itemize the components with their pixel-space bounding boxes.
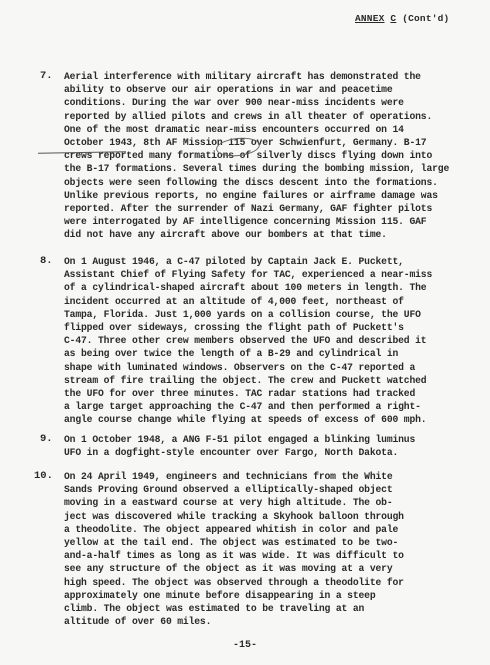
text-line: On 1 October 1948, a ANG F-51 pilot enga… bbox=[64, 433, 484, 446]
page-number: -15- bbox=[0, 640, 490, 651]
text-line: C-47. Three other crew members observed … bbox=[64, 334, 484, 347]
text-line: objects were seen following the discs de… bbox=[64, 176, 484, 189]
text-line: On 24 April 1949, engineers and technici… bbox=[64, 470, 484, 483]
annex-label: ANNEX bbox=[355, 13, 385, 24]
paragraph-number: 10. bbox=[34, 470, 60, 482]
text-line: reported. After the surrender of Nazi Ge… bbox=[64, 202, 484, 215]
text-line: a large target approaching the C-47 and … bbox=[64, 400, 484, 413]
paragraph-body: On 1 August 1946, a C-47 piloted by Capt… bbox=[64, 255, 484, 427]
annex-header: ANNEX C (Cont'd) bbox=[355, 13, 449, 24]
text-line: see any structure of the object as it wa… bbox=[64, 562, 484, 575]
text-line: flipped over sideways, crossing the flig… bbox=[64, 321, 484, 334]
text-line: yellow at the tail end. The object was e… bbox=[64, 536, 484, 549]
text-line: ject was discovered while tracking a Sky… bbox=[64, 510, 484, 523]
text-line: and-a-half times as long as it was wide.… bbox=[64, 549, 484, 562]
text-line: ability to observe our air operations in… bbox=[64, 83, 484, 96]
text-line: Sands Proving Ground observed a elliptic… bbox=[64, 483, 484, 496]
text-line: angle course change while flying at spee… bbox=[64, 413, 484, 426]
text-line: climb. The object was estimated to be tr… bbox=[64, 602, 484, 615]
paragraph-number: 8. bbox=[40, 255, 66, 267]
text-line: stream of fire trailing the object. The … bbox=[64, 374, 484, 387]
text-line: moving in a eastward course at very high… bbox=[64, 496, 484, 509]
text-line: One of the most dramatic near-miss encou… bbox=[64, 123, 484, 136]
annex-letter: C bbox=[390, 13, 396, 24]
text-line: UFO in a dogfight-style encounter over F… bbox=[64, 446, 484, 459]
text-line: approximately one minute before disappea… bbox=[64, 589, 484, 602]
text-line: the UFO for over three minutes. TAC rada… bbox=[64, 387, 484, 400]
text-line: high speed. The object was observed thro… bbox=[64, 576, 484, 589]
text-line: a theodolite. The object appeared whitis… bbox=[64, 523, 484, 536]
text-line: incident occurred at an altitude of 4,00… bbox=[64, 295, 484, 308]
text-line: Aerial interference with military aircra… bbox=[64, 70, 484, 83]
document-page: ANNEX C (Cont'd) 7. Aerial interference … bbox=[0, 0, 490, 665]
paragraph-body: On 24 April 1949, engineers and technici… bbox=[64, 470, 484, 628]
text-line: the B-17 formations. Several times durin… bbox=[64, 162, 484, 175]
text-line: conditions. During the war over 900 near… bbox=[64, 96, 484, 109]
paragraph-number: 9. bbox=[40, 433, 66, 445]
paragraph-body: On 1 October 1948, a ANG F-51 pilot enga… bbox=[64, 433, 484, 459]
annex-contd: (Cont'd) bbox=[402, 13, 449, 24]
text-line: were interrogated by AF intelligence con… bbox=[64, 215, 484, 228]
text-line: altitude of over 60 miles. bbox=[64, 615, 484, 628]
text-line: Assistant Chief of Flying Safety for TAC… bbox=[64, 268, 484, 281]
text-line: as being over twice the length of a B-29… bbox=[64, 347, 484, 360]
text-line: Unlike previous reports, no engine failu… bbox=[64, 189, 484, 202]
paragraph-body: Aerial interference with military aircra… bbox=[64, 70, 484, 242]
text-line: October 1943, 8th AF Mission 115 over Sc… bbox=[64, 136, 484, 149]
text-line: crews reported many formations of silver… bbox=[64, 149, 484, 162]
text-line: On 1 August 1946, a C-47 piloted by Capt… bbox=[64, 255, 484, 268]
text-line: did not have any aircraft above our bomb… bbox=[64, 228, 484, 241]
text-line: Tampa, Florida. Just 1,000 yards on a co… bbox=[64, 308, 484, 321]
text-line: reported by allied pilots and crews in a… bbox=[64, 110, 484, 123]
paragraph-number: 7. bbox=[40, 70, 66, 82]
text-line: shape with luminated windows. Observers … bbox=[64, 361, 484, 374]
text-line: of a cylindrical-shaped aircraft about 1… bbox=[64, 281, 484, 294]
